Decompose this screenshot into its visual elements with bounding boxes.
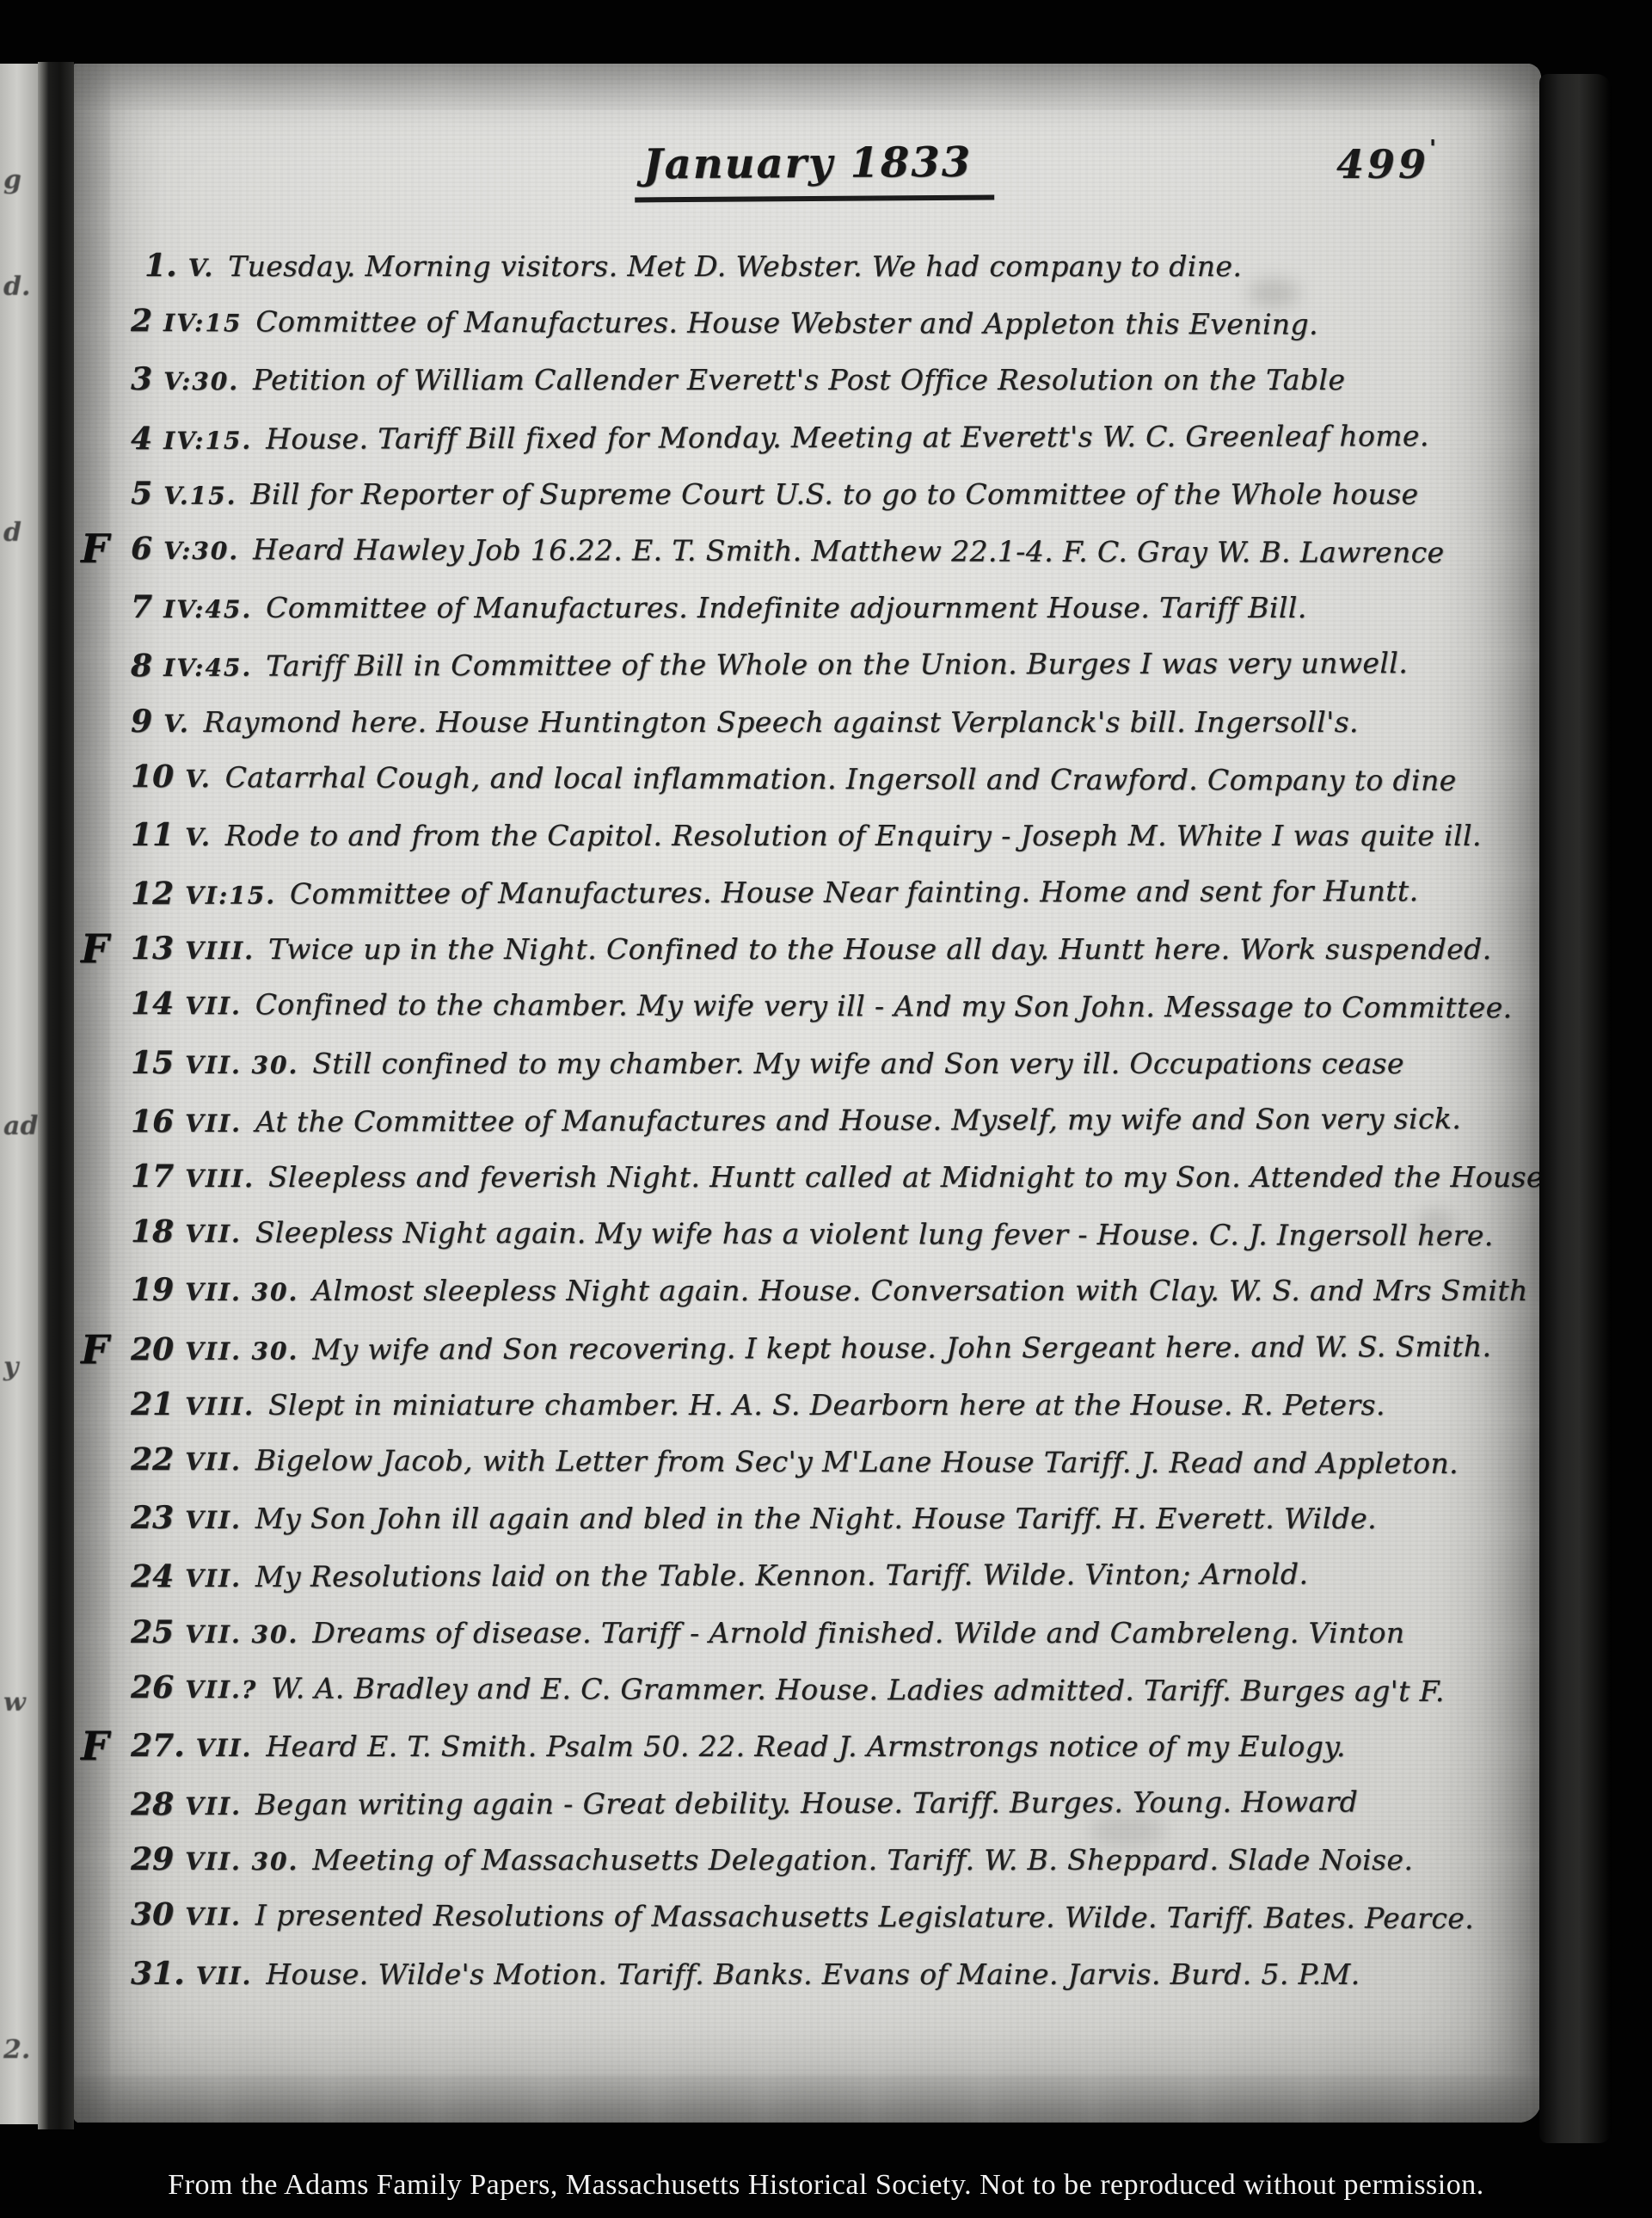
diary-entry: 11V.Rode to and from the Capitol. Resolu… [131, 807, 1507, 863]
diary-entry: F27.VII.Heard E. T. Smith. Psalm 50. 22.… [131, 1717, 1507, 1774]
diary-entry: 3V:30.Petition of William Callender Ever… [131, 351, 1507, 408]
edge-fragment: d [3, 518, 21, 548]
entry-time-roman: VII.? [185, 1675, 257, 1704]
entry-time-roman: VII. [185, 992, 242, 1021]
entry-time-roman: VII. [185, 1792, 242, 1821]
entry-time-roman: VII. [196, 1734, 253, 1762]
entry-time-roman: VII. [185, 1220, 242, 1248]
diary-entry: 7IV:45.Committee of Manufactures. Indefi… [131, 579, 1507, 636]
entry-time-roman: V:30. [163, 537, 239, 565]
entry-time-roman: VII. [185, 1109, 242, 1138]
entry-day-number: 16 [131, 1103, 174, 1140]
entry-day-number: 29 [131, 1841, 174, 1877]
edge-fragment: y [3, 1352, 18, 1382]
entry-text: W. A. Bradley and E. C. Grammer. House. … [271, 1671, 1445, 1708]
entry-text: My Son John ill again and bled in the Ni… [255, 1502, 1377, 1535]
diary-entry: 4IV:15.House. Tariff Bill fixed for Mond… [131, 406, 1507, 466]
diary-entry: 15VII. 30.Still confined to my chamber. … [131, 1035, 1507, 1091]
entry-text: Committee of Manufactures. Indefinite ad… [266, 591, 1307, 624]
diary-entry: 31.VII.House. Wilde's Motion. Tariff. Ba… [131, 1945, 1507, 2002]
entry-text: At the Committee of Manufactures and Hou… [255, 1102, 1461, 1139]
diary-entry: 12VI:15.Committee of Manufactures. House… [131, 862, 1507, 922]
entry-text: Almost sleepless Night again. House. Con… [312, 1274, 1527, 1307]
entry-text: Sleepless Night again. My wife has a vio… [255, 1215, 1494, 1252]
entry-text: Confined to the chamber. My wife very il… [255, 988, 1513, 1025]
diary-entry: F13VIII.Twice up in the Night. Confined … [131, 920, 1507, 977]
entry-text: House. Wilde's Motion. Tariff. Banks. Ev… [266, 1957, 1360, 1991]
entry-text: I presented Resolutions of Massachusetts… [255, 1899, 1474, 1936]
book-fore-edge [1539, 74, 1612, 2143]
entry-text: Twice up in the Night. Confined to the H… [268, 932, 1492, 966]
entry-time-roman: VII. [185, 1447, 242, 1476]
diary-entry: 17VIII.Sleepless and feverish Night. Hun… [131, 1148, 1507, 1205]
diary-entry: 24VII.My Resolutions laid on the Table. … [131, 1545, 1507, 1605]
entry-time-roman: VII. [196, 1962, 253, 1990]
edge-fragment: d. [3, 272, 30, 302]
entry-time-roman: IV:15 [163, 309, 242, 337]
entry-text: House. Tariff Bill fixed for Monday. Mee… [266, 419, 1429, 456]
entry-time-roman: V. [188, 254, 215, 282]
entry-day-number: 31. [131, 1956, 185, 1992]
entry-text: My Resolutions laid on the Table. Kennon… [255, 1558, 1309, 1594]
entry-text: Catarrhal Cough, and local inflammation.… [225, 760, 1457, 797]
diary-entry: 19VII. 30.Almost sleepless Night again. … [131, 1262, 1507, 1318]
entry-day-number: 19 [131, 1272, 174, 1308]
entry-time-roman: V. [185, 823, 212, 851]
entry-day-number: 18 [131, 1213, 174, 1250]
entry-time-roman: IV:15. [163, 426, 252, 454]
entry-text: Bigelow Jacob, with Letter from Sec'y M'… [255, 1443, 1459, 1480]
page-number-tick: ' [1429, 136, 1436, 162]
entry-time-roman: VI:15. [185, 882, 276, 910]
entry-day-number: 20 [131, 1331, 174, 1367]
entry-day-number: 8 [131, 648, 152, 684]
entry-time-roman: VIII. [185, 937, 255, 965]
diary-entry: 30VII.I presented Resolutions of Massach… [131, 1886, 1507, 1946]
entry-day-number: 30 [131, 1896, 174, 1932]
entry-day-number: 7 [131, 589, 152, 625]
entry-text: My wife and Son recovering. I kept house… [312, 1330, 1491, 1367]
entry-text: Bill for Reporter of Supreme Court U.S. … [250, 477, 1418, 511]
diary-entry: 22VII.Bigelow Jacob, with Letter from Se… [131, 1431, 1507, 1491]
entry-time-roman: V:30. [163, 367, 239, 396]
diary-entry: 2IV:15Committee of Manufactures. House W… [131, 292, 1507, 353]
entry-text: Meeting of Massachusetts Delegation. Tar… [312, 1843, 1413, 1877]
edge-fragment: g [3, 165, 21, 195]
entry-day-number: 25 [131, 1614, 174, 1650]
diary-entry: 9V.Raymond here. House Huntington Speech… [131, 693, 1507, 750]
entry-day-number: 3 [131, 361, 152, 397]
diary-entry: 1.V.Tuesday. Morning visitors. Met D. We… [131, 237, 1507, 294]
entry-text: Committee of Manufactures. House Near fa… [290, 874, 1419, 910]
diary-entry: 16VII.At the Committee of Manufactures a… [131, 1090, 1507, 1150]
entries-list: 1.V.Tuesday. Morning visitors. Met D. We… [131, 237, 1507, 2002]
diary-entry: 28VII.Began writing again - Great debili… [131, 1773, 1507, 1833]
entry-day-number: 6 [131, 531, 152, 567]
entry-time-roman: VII. [185, 1564, 242, 1593]
entry-time-roman: VIII. [185, 1164, 255, 1193]
diary-entry: 25VII. 30.Dreams of disease. Tariff - Ar… [131, 1604, 1507, 1661]
entry-text: Heard E. T. Smith. Psalm 50. 22. Read J.… [266, 1730, 1345, 1763]
binding-gutter [38, 62, 74, 2129]
entry-day-number: 27. [131, 1728, 185, 1764]
diary-entry: 14VII.Confined to the chamber. My wife v… [131, 975, 1507, 1035]
entry-day-number: 24 [131, 1558, 174, 1594]
entry-day-number: 21 [131, 1386, 174, 1422]
entry-text: Petition of William Callender Everett's … [253, 363, 1345, 396]
entry-day-number: 11 [131, 817, 174, 853]
entry-text: Tuesday. Morning visitors. Met D. Webste… [228, 249, 1242, 283]
diary-entry: 18VII.Sleepless Night again. My wife has… [131, 1203, 1507, 1263]
entry-text: Heard Hawley Job 16.22. E. T. Smith. Mat… [253, 532, 1445, 569]
entry-time-roman: V. [163, 710, 190, 738]
margin-mark-f: F [81, 520, 109, 577]
entry-text: Began writing again - Great debility. Ho… [255, 1785, 1358, 1821]
entry-day-number: 1. [144, 248, 177, 284]
entry-day-number: 17 [131, 1158, 174, 1195]
entry-time-roman: VII. 30. [185, 1620, 298, 1649]
edge-fragment: ad [3, 1111, 38, 1141]
entry-text: Tariff Bill in Committee of the Whole on… [266, 647, 1408, 683]
margin-mark-f: F [81, 1321, 109, 1378]
entry-text: Still confined to my chamber. My wife an… [312, 1047, 1404, 1080]
entry-time-roman: VIII. [185, 1392, 255, 1421]
entry-time-roman: VII. 30. [185, 1051, 298, 1079]
diary-entry: 8IV:45.Tariff Bill in Committee of the W… [131, 634, 1507, 694]
entry-text: Sleepless and feverish Night. Huntt call… [268, 1160, 1541, 1194]
entry-text: Committee of Manufactures. House Webster… [255, 304, 1318, 341]
archive-credit-caption: From the Adams Family Papers, Massachuse… [0, 2169, 1652, 2202]
entry-time-roman: VII. 30. [185, 1278, 298, 1306]
entry-day-number: 28 [131, 1786, 174, 1822]
entry-text: Rode to and from the Capitol. Resolution… [225, 819, 1482, 852]
diary-entry: F20VII. 30.My wife and Son recovering. I… [131, 1317, 1507, 1377]
entry-day-number: 23 [131, 1500, 174, 1536]
margin-mark-f: F [81, 920, 109, 977]
edge-fragment: w [3, 1687, 26, 1717]
entry-time-roman: VII. [185, 1903, 242, 1932]
entry-day-number: 22 [131, 1441, 174, 1478]
entry-day-number: 5 [131, 476, 152, 512]
entry-day-number: 15 [131, 1045, 174, 1081]
entry-day-number: 4 [131, 421, 152, 457]
diary-page: January 1833 499' 1.V.Tuesday. Morning v… [74, 64, 1541, 2123]
margin-mark-f: F [81, 1717, 109, 1774]
entry-time-roman: V.15. [163, 482, 236, 510]
entry-day-number: 14 [131, 986, 174, 1022]
diary-entry: 21VIII.Slept in miniature chamber. H. A.… [131, 1376, 1507, 1433]
entry-time-roman: VII. 30. [185, 1847, 298, 1876]
entry-text: Raymond here. House Huntington Speech ag… [204, 705, 1359, 739]
entry-day-number: 2 [131, 303, 152, 339]
entry-text: Dreams of disease. Tariff - Arnold finis… [312, 1616, 1404, 1650]
page-number: 499' [1336, 136, 1436, 187]
diary-entry: F6V:30.Heard Hawley Job 16.22. E. T. Smi… [131, 520, 1507, 581]
facing-page-edge: gd.dadyw2. [0, 64, 38, 2124]
diary-entry: 10V.Catarrhal Cough, and local inflammat… [131, 748, 1507, 808]
entry-time-roman: IV:45. [163, 654, 252, 682]
diary-entry: 23VII.My Son John ill again and bled in … [131, 1490, 1507, 1546]
page-number-value: 499 [1336, 141, 1429, 187]
entry-day-number: 13 [131, 931, 174, 967]
entry-day-number: 9 [131, 703, 152, 740]
page-title: January 1833 [635, 138, 995, 203]
diary-entry: 26VII.?W. A. Bradley and E. C. Grammer. … [131, 1659, 1507, 1719]
entry-time-roman: VII. 30. [185, 1336, 298, 1365]
entry-day-number: 10 [131, 759, 174, 795]
entry-time-roman: IV:45. [163, 595, 252, 624]
entry-text: Slept in miniature chamber. H. A. S. Dea… [268, 1388, 1385, 1422]
entry-time-roman: VII. [185, 1506, 242, 1534]
diary-entry: 29VII. 30.Meeting of Massachusetts Deleg… [131, 1831, 1507, 1888]
entry-time-roman: V. [185, 765, 212, 793]
edge-fragment: 2. [3, 2035, 30, 2065]
entry-day-number: 12 [131, 876, 174, 912]
diary-entry: 5V.15.Bill for Reporter of Supreme Court… [131, 465, 1507, 522]
manuscript-scan: gd.dadyw2. January 1833 499' 1.V.Tuesday… [0, 0, 1652, 2218]
entry-day-number: 26 [131, 1669, 174, 1705]
